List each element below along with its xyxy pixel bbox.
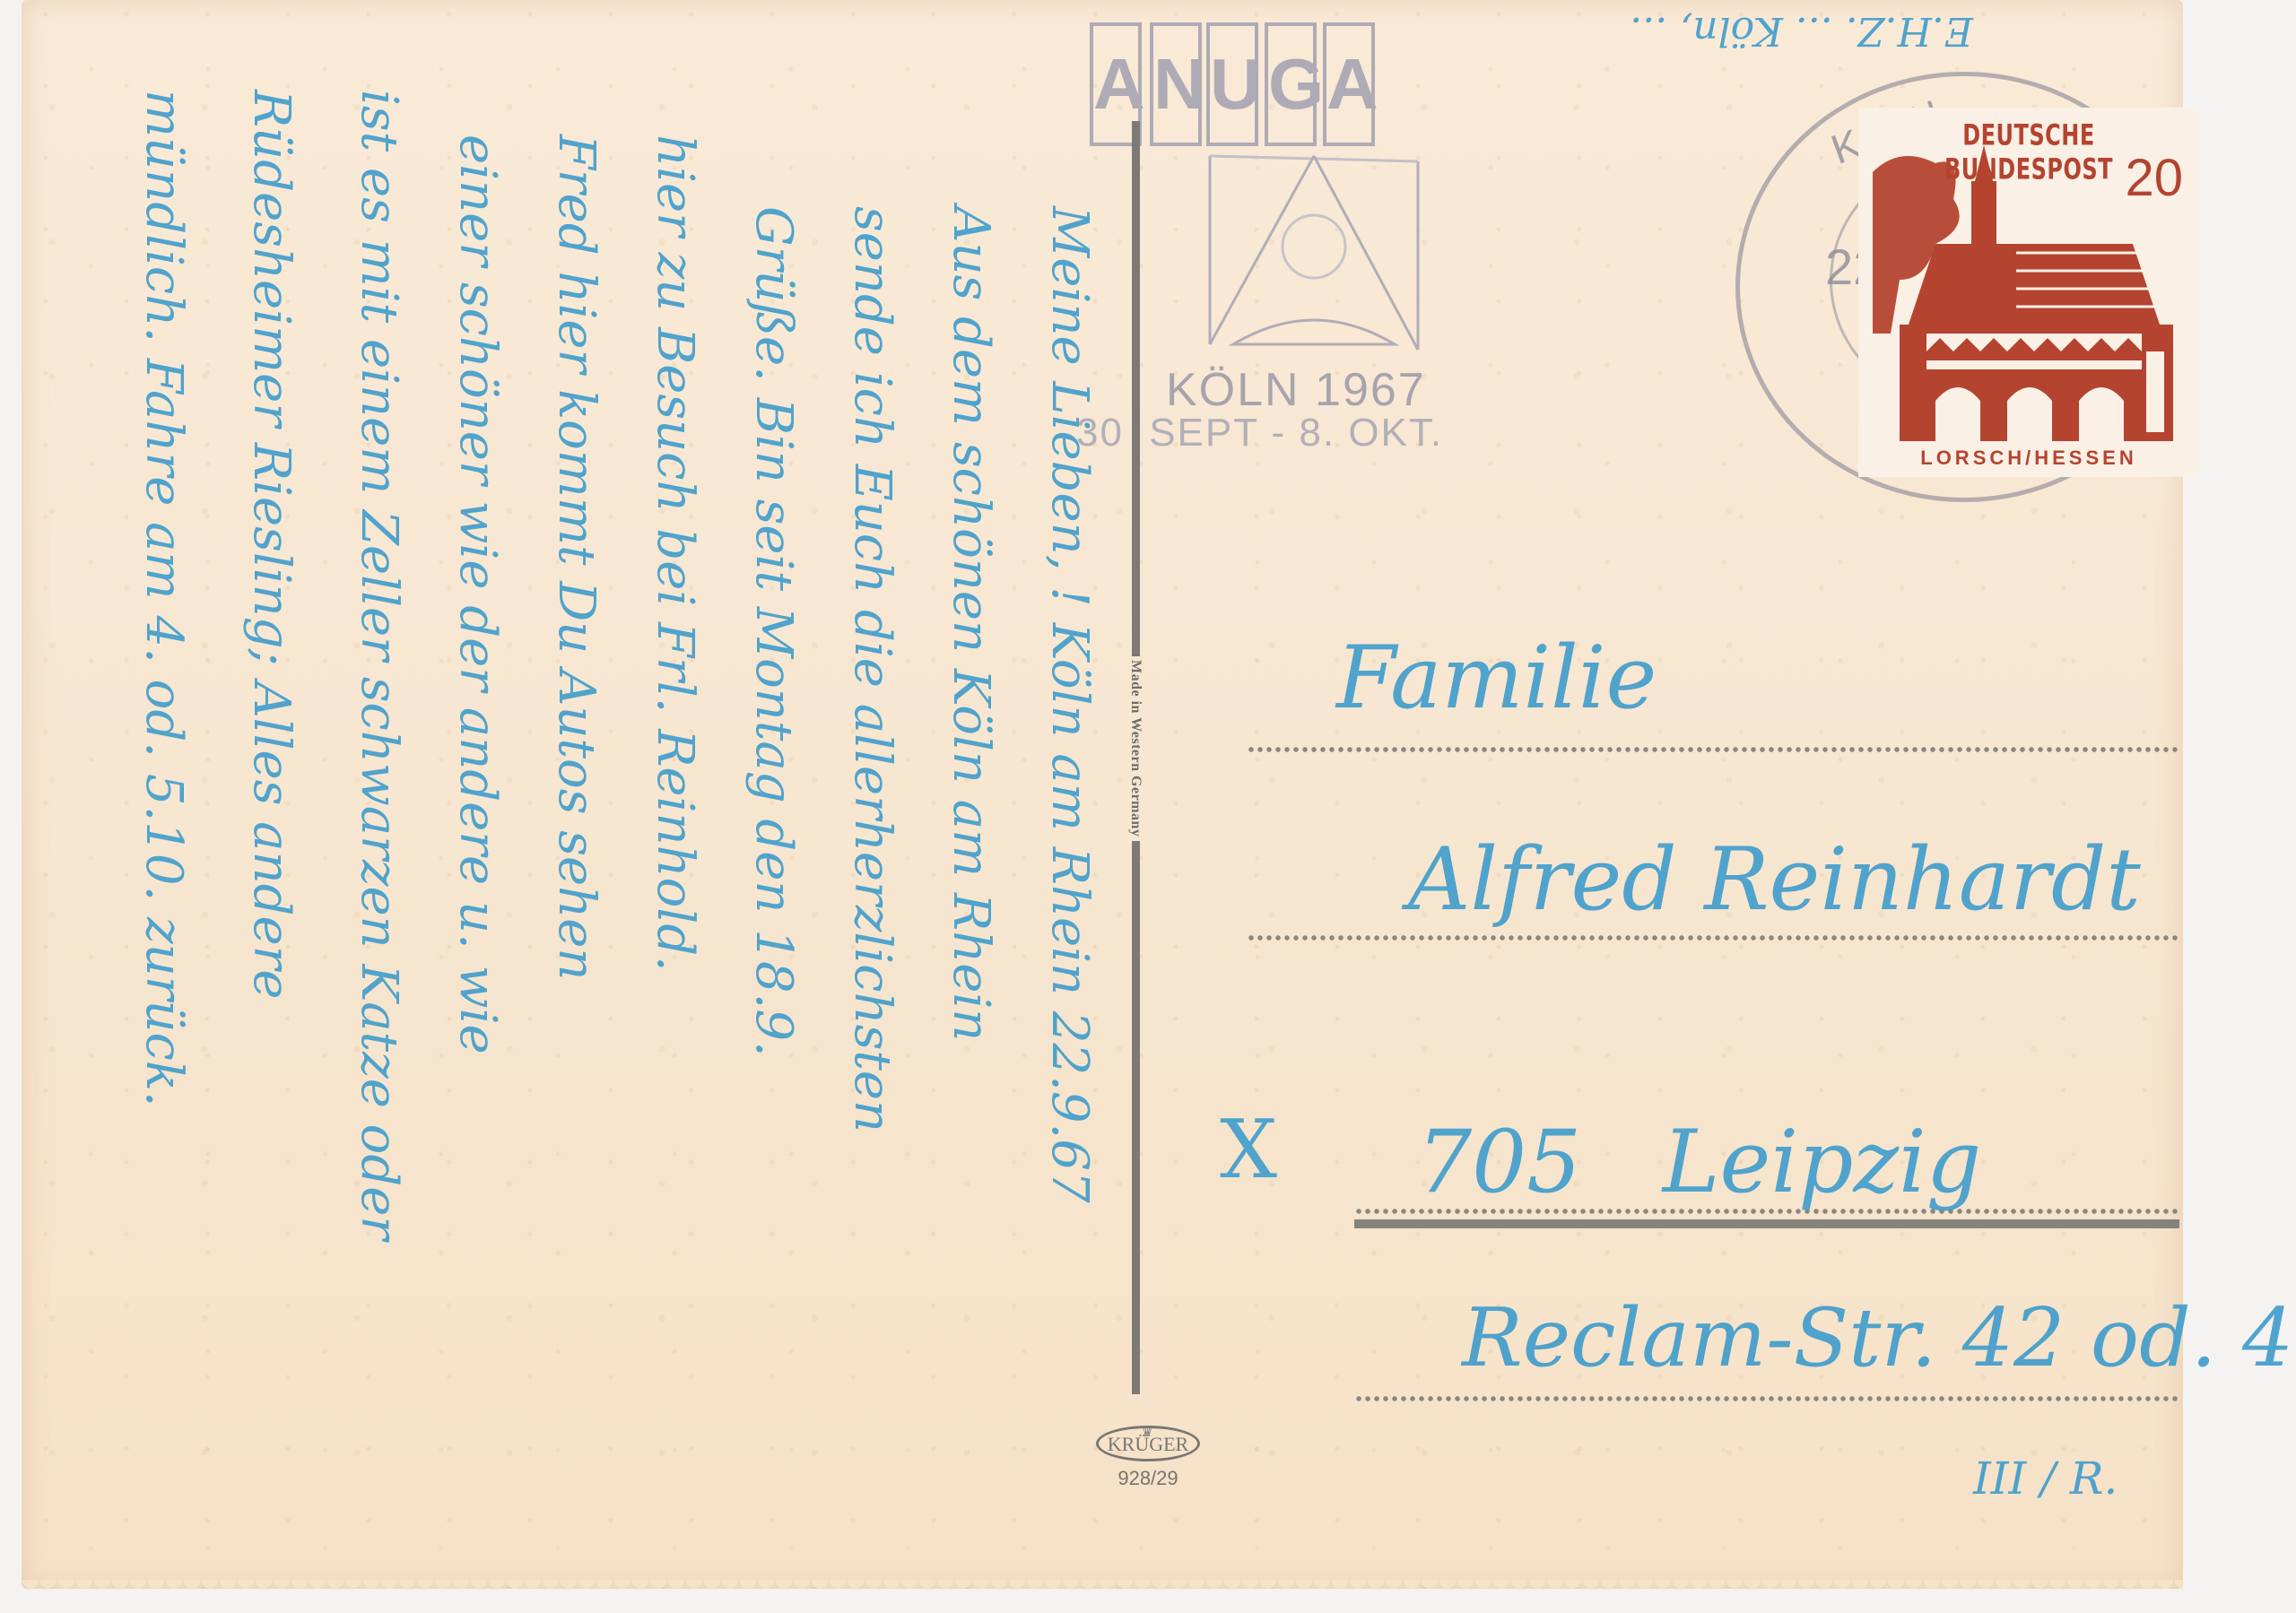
message-line: sende ich Euch die allerherzlichsten xyxy=(843,206,901,1132)
slogan-letter: N xyxy=(1150,22,1202,146)
message-line: Fred hier kommt Du Autos sehen xyxy=(547,134,605,980)
catalog-number: 928/29 xyxy=(1090,1467,1206,1490)
address-postcode-city: 705 Leipzig xyxy=(1417,1112,1981,1212)
postmark-triangle-logo xyxy=(1206,152,1422,359)
message-line: Grüße. Bin seit Montag den 18.9. xyxy=(744,206,803,1057)
crown-icon: ♛ xyxy=(1142,1418,1153,1450)
imprint-made-in: Made in Western Germany xyxy=(1128,587,1143,910)
lorsch-gatehouse-icon xyxy=(1873,145,2187,441)
address-line-2 xyxy=(1247,935,2179,941)
slogan-letter: U xyxy=(1206,22,1258,146)
address-city-underline xyxy=(1354,1219,2179,1228)
address-city: Leipzig xyxy=(1663,1112,1981,1212)
publisher-logo: ♛ KRÜGER xyxy=(1096,1426,1200,1461)
address-mark-x: X xyxy=(1220,1103,1277,1197)
publisher-imprint: ♛ KRÜGER 928/29 xyxy=(1090,1426,1206,1490)
address-postcode: 705 xyxy=(1417,1112,1581,1212)
message-line: Meine Lieben, ! Köln am Rhein 22.9.67 xyxy=(1040,206,1099,1203)
made-in-text: Made in Western Germany xyxy=(1127,656,1144,840)
message-line: mündlich. Fahre am 4. od. 5.10. zurück. xyxy=(135,90,193,1107)
postmark-dates-range: SEPT - 8. OKT. xyxy=(1149,411,1443,455)
address-line-4 xyxy=(1354,1396,2179,1401)
address-line-1 xyxy=(1247,747,2179,752)
address-recipient-name: Alfred Reinhardt xyxy=(1408,829,2141,930)
stamp-caption: LORSCH/HESSEN xyxy=(1876,447,2181,470)
address-marking-bottom: III / R. xyxy=(1973,1453,2118,1505)
postage-stamp: DEUTSCHE BUNDESPOST 20 xyxy=(1858,108,2199,477)
message-line: ist es mit einem Zeller schwarzen Katze … xyxy=(350,90,408,1240)
postmark-city-year: KÖLN 1967 xyxy=(1166,363,1426,417)
slogan-letter: A xyxy=(1323,22,1375,146)
message-line: Aus dem schönen Köln am Rhein xyxy=(942,206,1000,1041)
message-line: hier zu Besuch bei Frl. Reinhold. xyxy=(646,134,704,972)
message-header-upside-down: E.H.Z. ... Köln, ... xyxy=(1630,8,1973,54)
message-line: einer schöner wie der andere u. wie xyxy=(448,134,507,1054)
address-recipient-line1: Familie xyxy=(1336,628,1657,728)
message-line: Rüdesheimer Riesling; Alles andere xyxy=(242,90,300,1000)
slogan-letter: G xyxy=(1265,22,1317,146)
address-street: Reclam-Str. 42 od. 48 xyxy=(1462,1291,2296,1385)
